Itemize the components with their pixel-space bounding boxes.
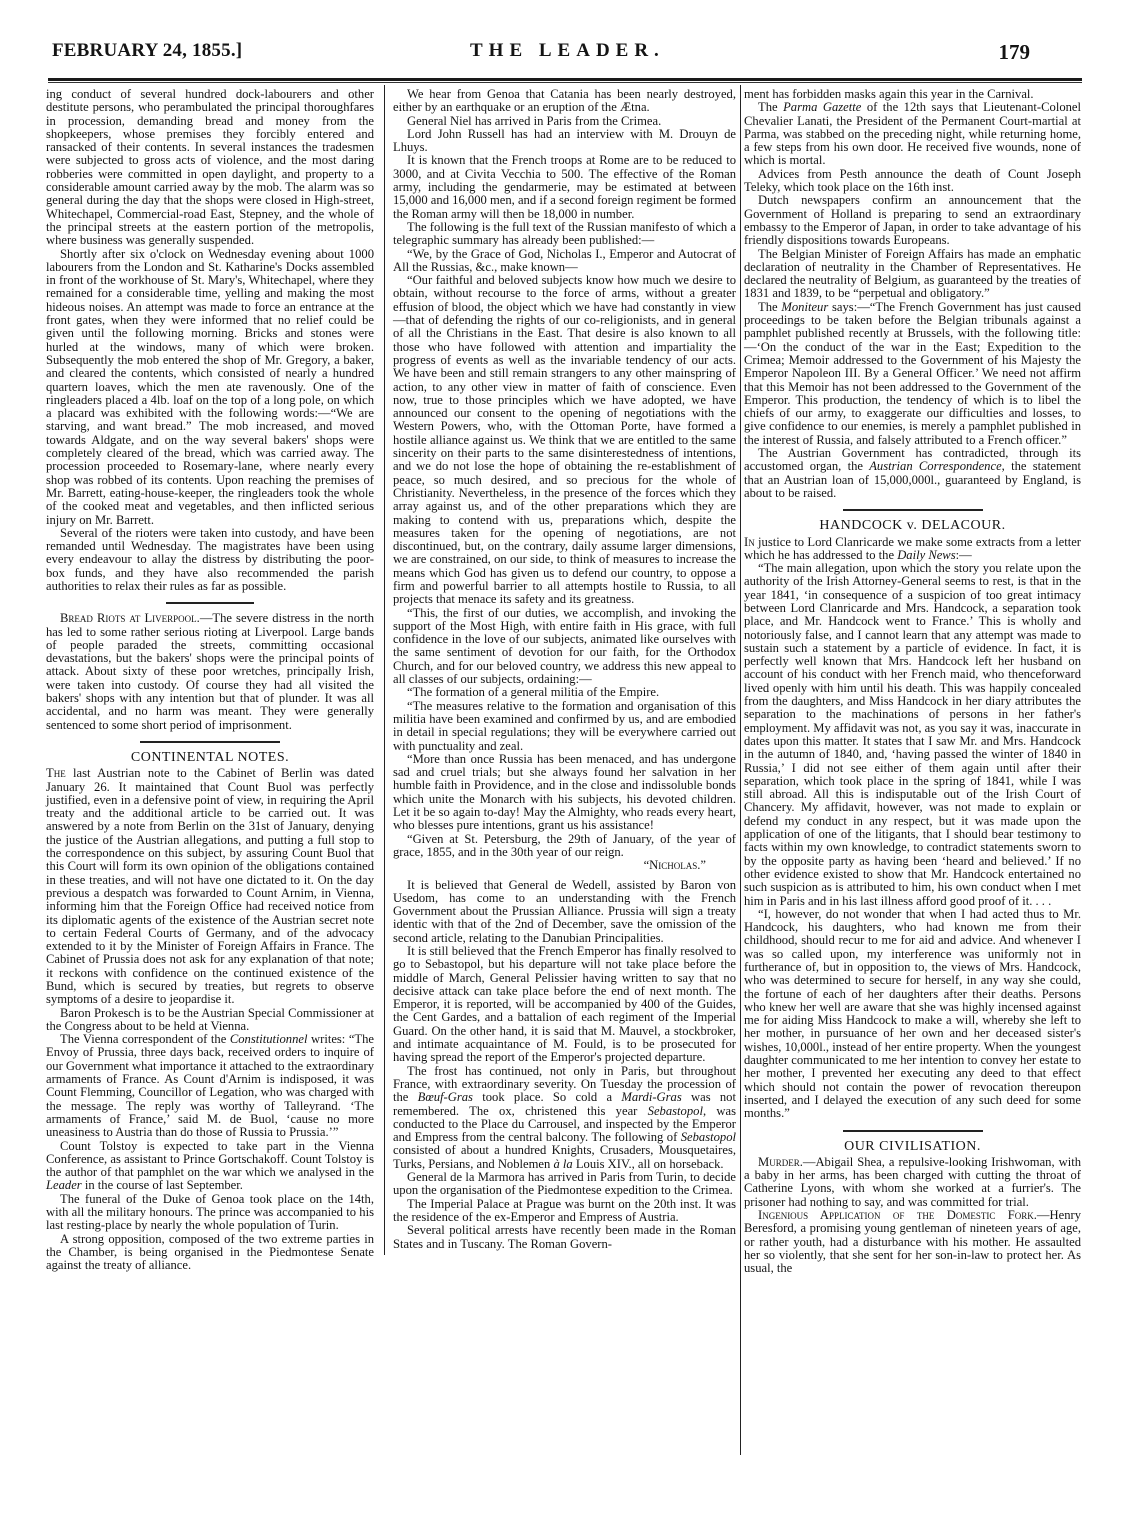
- column-left: ing conduct of several hundred dock-labo…: [46, 88, 374, 1273]
- text-run: writes: “The Envoy of Prussia, three day…: [46, 1032, 374, 1139]
- section-divider: [843, 509, 983, 511]
- manifesto-paragraph: “Our faithful and beloved subjects know …: [393, 274, 736, 606]
- section-divider: [166, 602, 254, 604]
- article-paragraph: Ingenious Application of the Domestic Fo…: [744, 1209, 1081, 1275]
- article-paragraph: The funeral of the Duke of Genoa took pl…: [46, 1193, 374, 1233]
- italic-title: Leader: [46, 1178, 82, 1192]
- italic-term: à la: [553, 1157, 572, 1171]
- text-run: took place. So cold a: [473, 1090, 621, 1104]
- article-paragraph: General de la Marmora has arrived in Par…: [393, 1171, 736, 1198]
- article-lead: In: [744, 535, 755, 549]
- manifesto-paragraph: “This, the first of our duties, we accom…: [393, 607, 736, 687]
- manifesto-paragraph: “Given at St. Petersburg, the 29th of Ja…: [393, 833, 736, 860]
- article-paragraph: The frost has continued, not only in Par…: [393, 1065, 736, 1171]
- column-middle: We hear from Genoa that Catania has been…: [393, 88, 736, 1251]
- section-heading-continental-notes: CONTINENTAL NOTES.: [46, 751, 374, 764]
- italic-title: Constitutionnel: [230, 1032, 308, 1046]
- article-paragraph: The Belgian Minister of Foreign Affairs …: [744, 248, 1081, 301]
- letter-paragraph: “The main allegation, upon which the sto…: [744, 562, 1081, 908]
- page-header: FEBRUARY 24, 1855.] THE LEADER. 179: [30, 40, 1030, 64]
- column-divider: [740, 85, 741, 1455]
- letter-paragraph: “I, however, do not wonder that when I h…: [744, 908, 1081, 1121]
- section-divider: [140, 741, 280, 743]
- manifesto-paragraph: “We, by the Grace of God, Nicholas I., E…: [393, 248, 736, 275]
- issue-date: FEBRUARY 24, 1855.]: [52, 40, 242, 62]
- manifesto-paragraph: “More than once Russia has been menaced,…: [393, 753, 736, 833]
- article-paragraph: ment has forbidden masks again this year…: [744, 88, 1081, 101]
- column-divider: [384, 85, 385, 1255]
- article-paragraph: The Imperial Palace at Prague was burnt …: [393, 1198, 736, 1225]
- manifesto-signature: “Nicholas.”: [393, 859, 736, 872]
- article-paragraph: Shortly after six o'clock on Wednesday e…: [46, 248, 374, 527]
- article-paragraph: Dutch newspapers confirm an announcement…: [744, 194, 1081, 247]
- article-paragraph: Lord John Russell has had an interview w…: [393, 128, 736, 155]
- text-run: says:—“The French Government has just ca…: [744, 300, 1081, 447]
- article-lead: The: [46, 766, 66, 780]
- article-paragraph: The Parma Gazette of the 12th says that …: [744, 101, 1081, 167]
- article-paragraph: The following is the full text of the Ru…: [393, 221, 736, 248]
- article-paragraph: It is known that the French troops at Ro…: [393, 154, 736, 220]
- article-paragraph: ing conduct of several hundred dock-labo…: [46, 88, 374, 248]
- italic-term: Sebastopol: [648, 1104, 703, 1118]
- column-right: ment has forbidden masks again this year…: [744, 88, 1081, 1276]
- article-paragraph: Advices from Pesth announce the death of…: [744, 168, 1081, 195]
- article-paragraph: Baron Prokesch is to be the Austrian Spe…: [46, 1007, 374, 1034]
- text-run: :—: [956, 548, 972, 562]
- article-paragraph: Murder.—Abigail Shea, a repulsive-lookin…: [744, 1156, 1081, 1209]
- italic-title: Daily News: [897, 548, 955, 562]
- article-paragraph: A strong opposition, composed of the two…: [46, 1233, 374, 1273]
- article-paragraph: The last Austrian note to the Cabinet of…: [46, 767, 374, 1006]
- text-run: in the course of last September.: [82, 1178, 243, 1192]
- article-liverpool: Bread Riots at Liverpool.—The severe dis…: [46, 612, 374, 732]
- article-lead: Ingenious Application of the Domestic Fo…: [758, 1208, 1037, 1222]
- article-paragraph: The Vienna correspondent of the Constitu…: [46, 1033, 374, 1139]
- page-number: 179: [999, 40, 1031, 65]
- italic-term: Bœuf-Gras: [418, 1090, 473, 1104]
- article-lead: Bread Riots at Liverpool.: [60, 611, 200, 625]
- text-run: The: [758, 300, 781, 314]
- header-rule-thin: [48, 82, 1082, 83]
- text-run: The Vienna correspondent of the: [60, 1032, 230, 1046]
- italic-title: Moniteur: [781, 300, 828, 314]
- article-paragraph: Several of the rioters were taken into c…: [46, 527, 374, 593]
- article-paragraph: It is still believed that the French Emp…: [393, 945, 736, 1065]
- text-run: Louis XIV., all on horseback.: [573, 1157, 724, 1171]
- article-paragraph: In justice to Lord Clanricarde we make s…: [744, 536, 1081, 563]
- article-paragraph: It is believed that General de Wedell, a…: [393, 879, 736, 945]
- article-paragraph: We hear from Genoa that Catania has been…: [393, 88, 736, 115]
- italic-term: Sebastopol: [681, 1130, 736, 1144]
- newspaper-title: THE LEADER.: [470, 40, 665, 62]
- article-body: —The severe distress in the north has le…: [46, 611, 374, 731]
- section-divider: [843, 1130, 983, 1132]
- italic-title: Austrian Correspondence: [869, 459, 1001, 473]
- section-heading-our-civilisation: OUR CIVILISATION.: [744, 1140, 1081, 1153]
- article-paragraph: The Austrian Government has contradicted…: [744, 447, 1081, 500]
- section-heading-handcock: HANDCOCK v. DELACOUR.: [744, 519, 1081, 532]
- article-paragraph: General Niel has arrived in Paris from t…: [393, 115, 736, 128]
- manifesto-paragraph: “The formation of a general militia of t…: [393, 686, 736, 699]
- italic-title: Parma Gazette: [783, 100, 861, 114]
- text-run: The: [758, 100, 783, 114]
- article-paragraph: Several political arrests have recently …: [393, 1224, 736, 1251]
- manifesto-paragraph: “The measures relative to the formation …: [393, 700, 736, 753]
- article-paragraph: Count Tolstoy is expected to take part i…: [46, 1140, 374, 1193]
- header-rule: [48, 78, 1082, 81]
- article-lead: Murder.: [758, 1155, 803, 1169]
- article-body: last Austrian note to the Cabinet of Ber…: [46, 766, 374, 1006]
- italic-term: Mardi-Gras: [621, 1090, 681, 1104]
- text-run: Count Tolstoy is expected to take part i…: [46, 1139, 374, 1180]
- article-paragraph: The Moniteur says:—“The French Governmen…: [744, 301, 1081, 447]
